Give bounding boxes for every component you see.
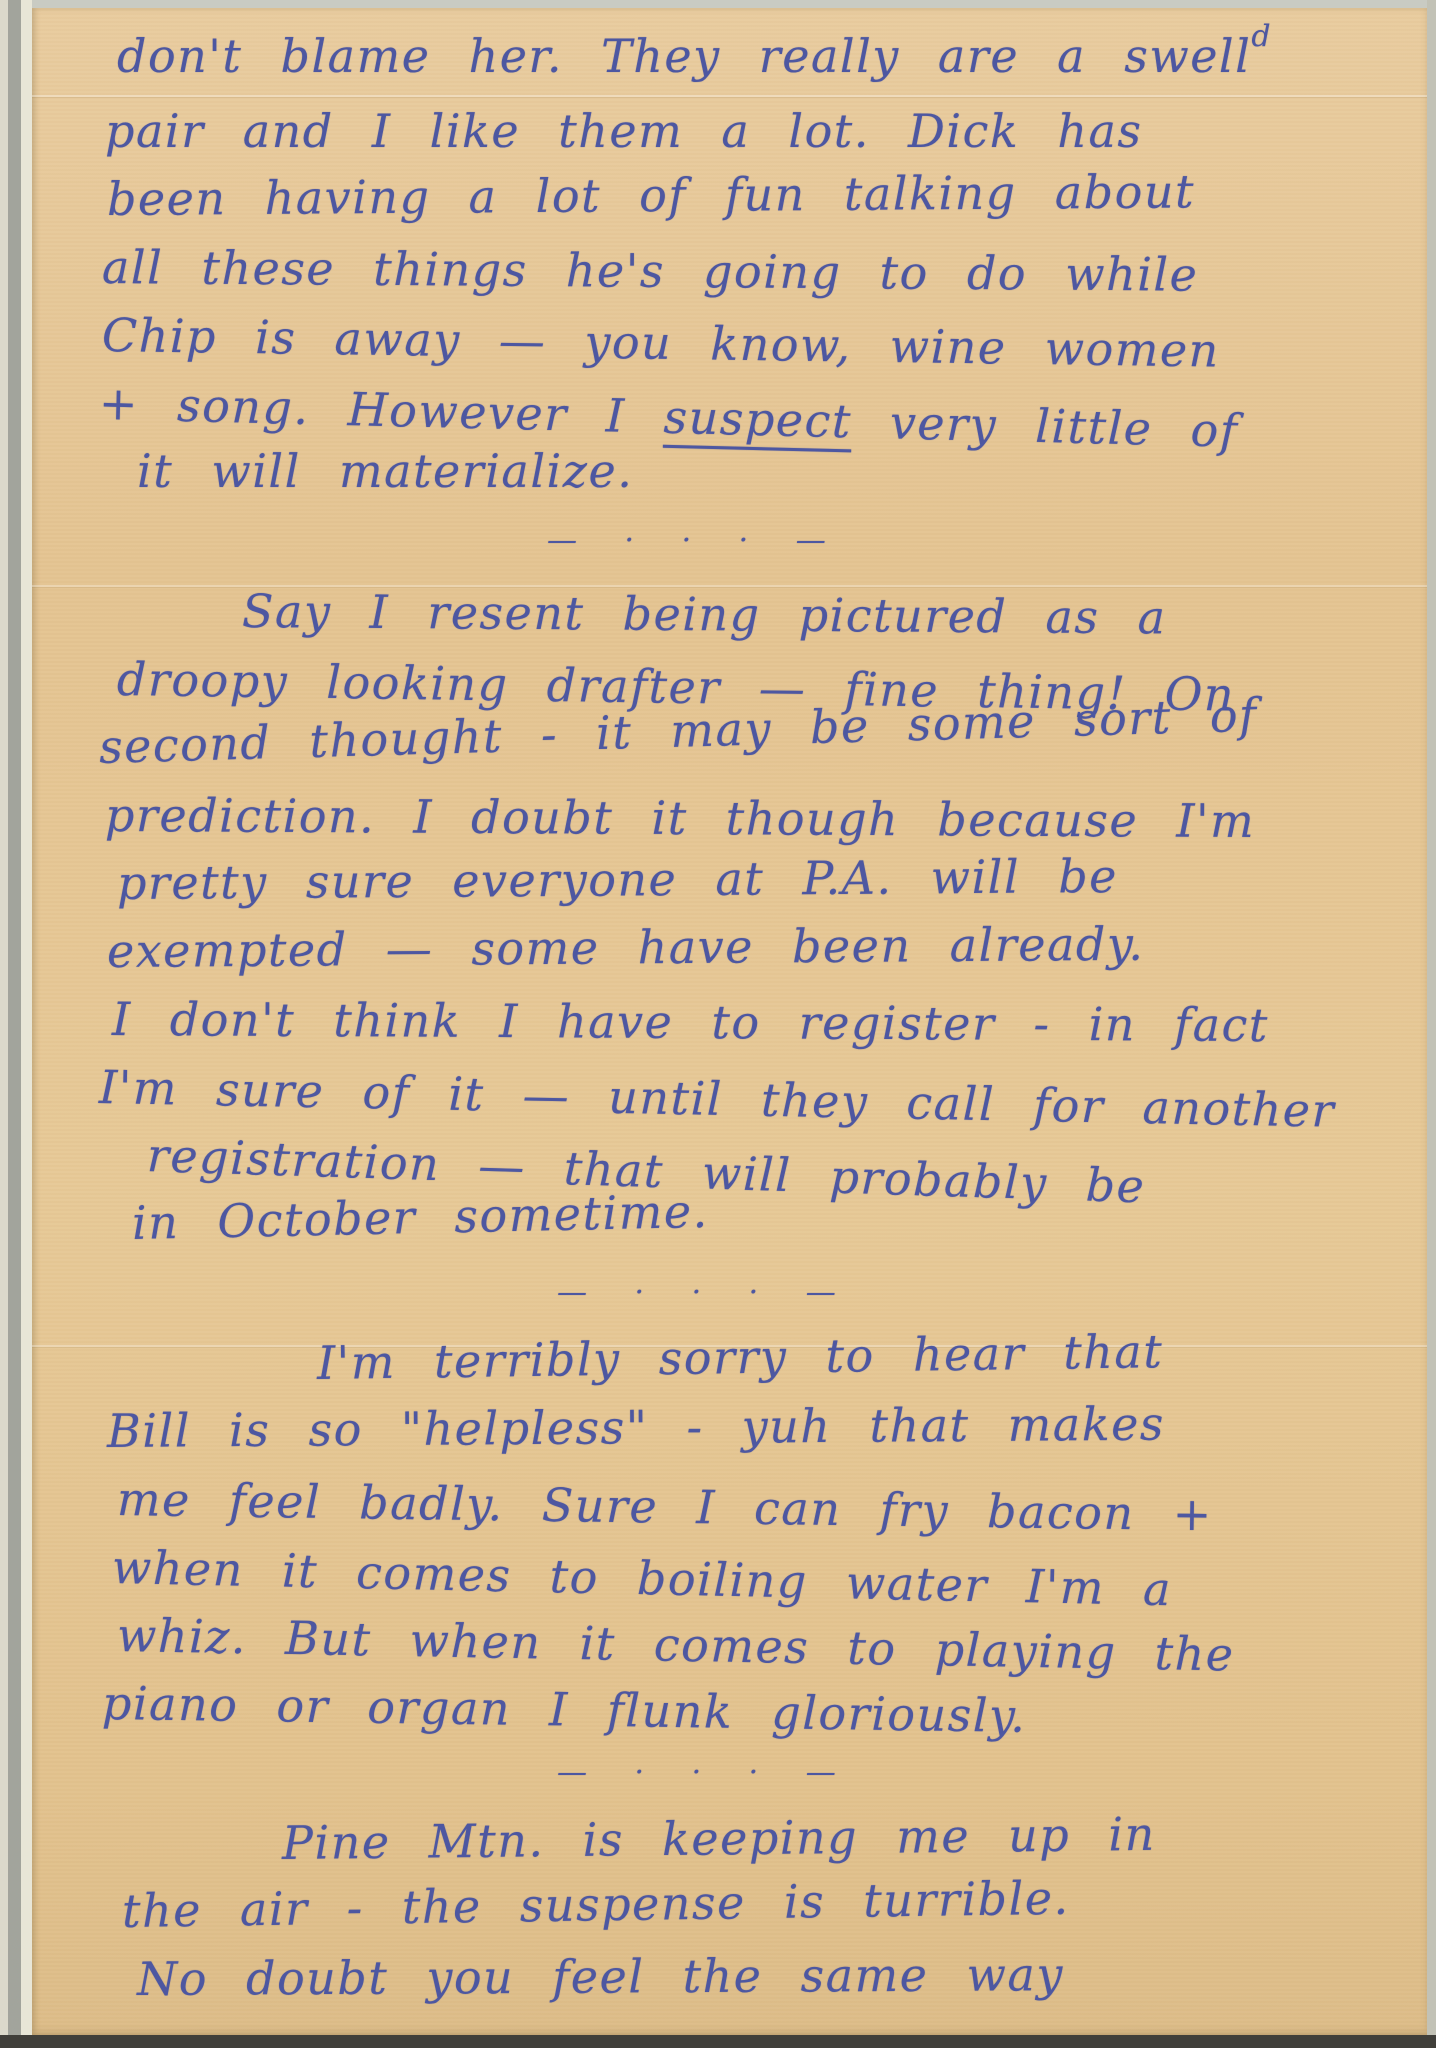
handwritten-line: don't blame her. They really are a swell… (117, 22, 1411, 97)
section-divider: — · · · — (547, 521, 1411, 561)
handwritten-text: prediction. I doubt it though because I'… (105, 788, 1256, 848)
letter-page: don't blame her. They really are a swell… (32, 8, 1427, 2035)
scanned-letter: don't blame her. They really are a swell… (0, 0, 1436, 2048)
handwritten-text: all these things he's going to do while (102, 240, 1199, 302)
handwritten-line: Say I resent being pictured as a (242, 577, 1411, 653)
handwritten-text: it will materialize. (137, 444, 633, 498)
handwritten-text: whiz. But when it comes to playing the (117, 1608, 1235, 1681)
handwritten-line: pretty sure everyone at P.A. will be (117, 840, 1411, 917)
section-divider: — · · · — (557, 1273, 1411, 1313)
handwritten-text: Pine Mtn. is keeping me up in (282, 1807, 1156, 1870)
scan-edge-left-pale (21, 0, 32, 2048)
letter-body: don't blame her. They really are a swell… (77, 22, 1411, 2013)
handwritten-text: Bill is so "helpless" - yuh that makes (107, 1397, 1165, 1458)
scan-edge-bottom (0, 2035, 1436, 2048)
section-divider: — · · · — (557, 1753, 1411, 1793)
handwritten-line: pair and I like them a lot. Dick has (105, 97, 1411, 165)
handwritten-text: exempted — some have been already. (107, 917, 1145, 978)
handwritten-line: I don't think I have to register - in fa… (112, 985, 1411, 1060)
handwritten-text: don't blame her. They really are a swell (117, 29, 1251, 83)
handwritten-text: Say I resent being pictured as a (242, 584, 1167, 644)
handwritten-line: all these things he's going to do while (102, 233, 1411, 310)
handwritten-text: + song. However I (98, 376, 664, 444)
handwritten-line: No doubt you feel the same way (137, 1938, 1411, 2013)
handwritten-line: Bill is so "helpless" - yuh that makes (107, 1388, 1411, 1465)
scan-edge-top (0, 0, 1436, 8)
handwritten-text: I'm terribly sorry to hear that (317, 1324, 1164, 1390)
handwritten-text: me feel badly. Sure I can fry bacon + (117, 1472, 1214, 1541)
handwritten-line: exempted — some have been already. (107, 908, 1411, 985)
handwritten-line: been having a lot of fun talking about (107, 156, 1411, 233)
handwritten-text: I don't think I have to register - in fa… (112, 992, 1269, 1052)
handwritten-text: pretty sure everyone at P.A. will be (117, 849, 1118, 910)
handwritten-text: in October sometime. (131, 1184, 709, 1250)
handwritten-text: Chip is away — you know, wine women (102, 308, 1221, 378)
handwritten-text: been having a lot of fun talking about (107, 164, 1195, 226)
scan-edge-left-gray (8, 0, 21, 2048)
scan-edge-right (1427, 0, 1436, 2048)
inserted-letter: d (1251, 3, 1270, 71)
handwritten-text: very little of (851, 394, 1239, 457)
handwritten-text: suspect (663, 390, 853, 449)
handwritten-text: the air - the suspense is turrible. (122, 1871, 1070, 1938)
handwritten-text: piano or organ I flunk gloriously. (102, 1676, 1027, 1743)
scan-edge-left-outer (0, 0, 8, 2048)
handwritten-line: I'm terribly sorry to hear that (317, 1314, 1412, 1397)
handwritten-text: pair and I like them a lot. Dick has (105, 104, 1143, 158)
handwritten-text: No doubt you feel the same way (137, 1947, 1064, 2006)
